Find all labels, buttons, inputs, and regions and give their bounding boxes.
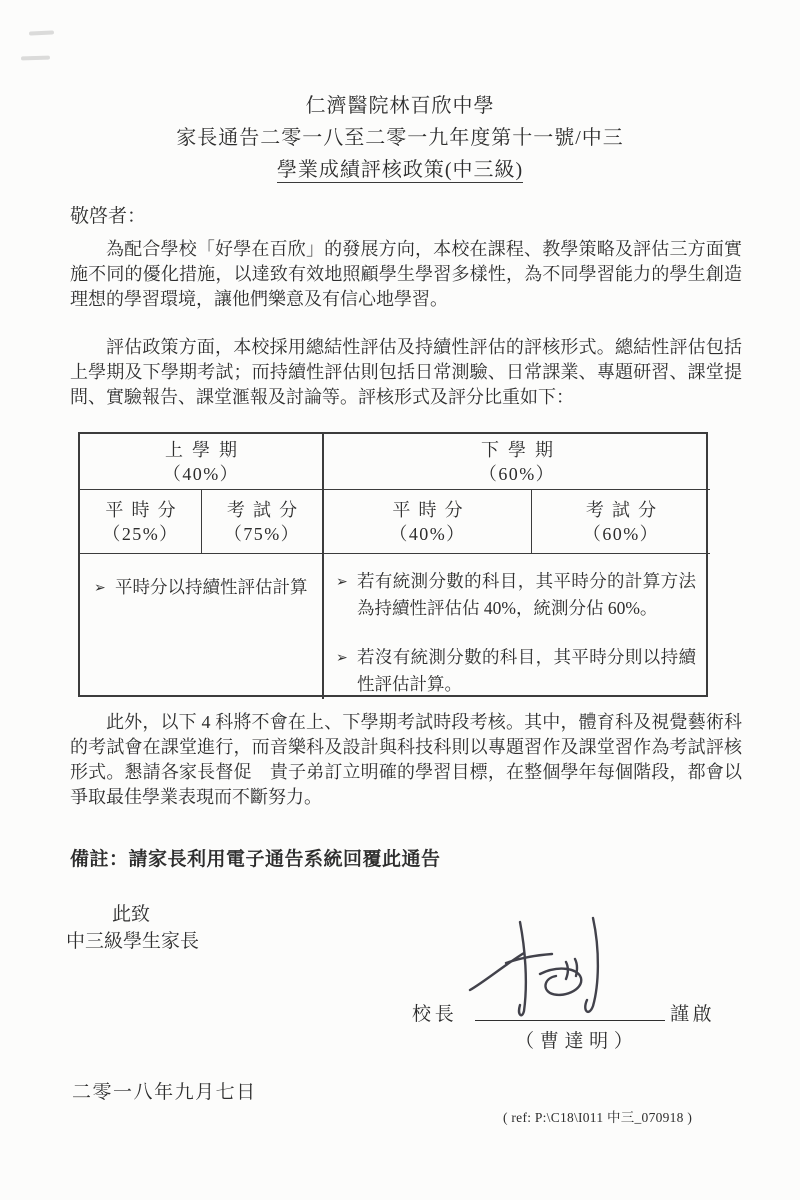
principal-title-label: 校長 (412, 999, 458, 1026)
table-header-term2-coursework: 平時分 （40%） (324, 489, 532, 553)
table-header-term2: 下學期 （60%） (324, 434, 710, 489)
term2-exam-label: 考試分 (578, 498, 664, 522)
notice-title: 學業成績評核政策(中三級) (0, 154, 800, 186)
term2-coursework-weight: （40%） (389, 522, 465, 546)
term2-note-text-2: 若沒有統測分數的科目，其平時分則以持續性評估計算。 (357, 647, 696, 694)
table-header-term1-coursework: 平時分 （25%） (80, 489, 202, 553)
term1-label: 上學期 (156, 438, 246, 462)
scanned-notice-page: 仁濟醫院林百欣中學 家長通告二零一八至二零一九年度第十一號/中三 學業成績評核政… (0, 0, 800, 1200)
term1-coursework-label: 平時分 (97, 498, 183, 522)
scan-artifact-dash (29, 30, 54, 35)
salutation: 敬啓者： (70, 201, 146, 228)
term1-exam-weight: （75%） (224, 522, 300, 546)
notice-number: 家長通告二零一八至二零一九年度第十一號/中三 (0, 122, 800, 154)
closing-recipient: 中三級學生家長 (66, 926, 199, 953)
table-note-term2: ➢ 若有統測分數的科目，其平時分的計算方法為持續性評估佔 40%，統測分佔 60… (324, 553, 710, 699)
school-name: 仁濟醫院林百欣中學 (0, 90, 800, 122)
term2-exam-weight: （60%） (583, 522, 659, 546)
remark-line: 備註：請家長利用電子通告系統回覆此通告 (70, 844, 441, 871)
term1-coursework-weight: （25%） (102, 522, 178, 546)
paragraph-intro: 為配合學校「好學在百欣」的發展方向，本校在課程、教學策略及評估三方面實施不同的優… (70, 237, 742, 312)
term2-coursework-label: 平時分 (384, 498, 470, 522)
term2-note-item-2: ➢ 若沒有統測分數的科目，其平時分則以持續性評估計算。 (336, 644, 696, 698)
table-header-term1: 上學期 （40%） (80, 434, 324, 489)
table-header-term2-exam: 考試分 （60%） (532, 489, 710, 553)
closing-cizhi: 此致 (112, 899, 150, 926)
paragraph-assessment-policy: 評估政策方面，本校採用總結性評估及持續性評估的評核形式。總結性評估包括上學期及下… (70, 335, 742, 410)
paragraph-exempted-subjects: 此外，以下 4 科將不會在上、下學期考試時段考核。其中，體育科及視覺藝術科的考試… (70, 710, 742, 810)
scan-artifact-dash (21, 55, 50, 60)
table-note-term1: ➢ 平時分以持續性評估計算 (80, 553, 324, 699)
term1-note-text: 平時分以持續性評估計算 (115, 577, 308, 597)
respect-label: 謹啟 (670, 999, 716, 1026)
term1-exam-label: 考試分 (219, 498, 305, 522)
arrow-bullet-icon: ➢ (336, 569, 348, 596)
arrow-bullet-icon: ➢ (94, 575, 106, 602)
notice-header: 仁濟醫院林百欣中學 家長通告二零一八至二零一九年度第十一號/中三 學業成績評核政… (0, 90, 800, 186)
principal-name: （曹達明） (488, 1026, 660, 1053)
term2-label: 下學期 (472, 438, 562, 462)
arrow-bullet-icon: ➢ (336, 645, 348, 672)
notice-date: 二零一八年九月七日 (72, 1077, 257, 1104)
term1-note-item: ➢ 平時分以持續性評估計算 (94, 574, 314, 601)
table-header-term1-exam: 考試分 （75%） (202, 489, 324, 553)
term2-note-text-1: 若有統測分數的科目，其平時分的計算方法為持續性評估佔 40%，統測分佔 60%。 (357, 571, 696, 618)
notice-title-text: 學業成績評核政策(中三級) (277, 159, 523, 183)
term2-weight: （60%） (479, 462, 555, 486)
term2-note-item-1: ➢ 若有統測分數的科目，其平時分的計算方法為持續性評估佔 40%，統測分佔 60… (336, 568, 696, 622)
signature-line (475, 1000, 665, 1021)
term1-weight: （40%） (163, 462, 239, 486)
file-reference: ( ref: P:\C18\I011 中三_070918 ) (503, 1106, 745, 1126)
assessment-weighting-table: 上學期 （40%） 下學期 （60%） 平時分 （25%） 考試分 （75%） … (78, 432, 708, 697)
